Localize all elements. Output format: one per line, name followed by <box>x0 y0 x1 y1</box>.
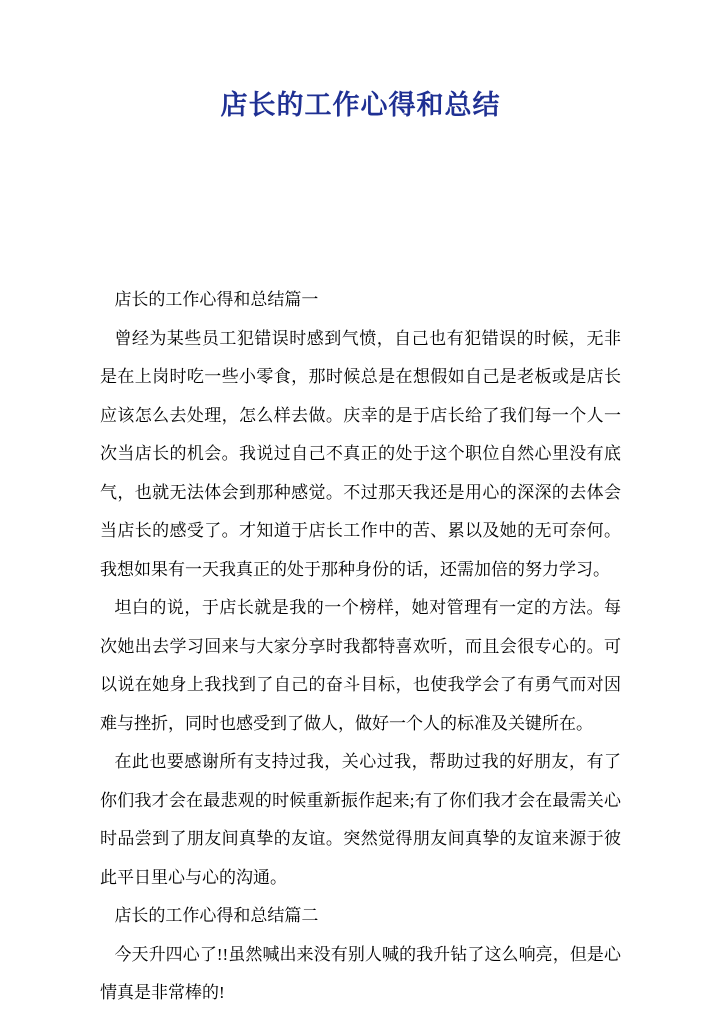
paragraph: 今天升四心了!!虽然喊出来没有别人喊的我升钻了这么响亮，但是心情真是非常棒的! <box>100 936 621 1013</box>
page-title: 店长的工作心得和总结 <box>100 88 621 123</box>
document-body: 店长的工作心得和总结篇一曾经为某些员工犯错误时感到气愤，自己也有犯错误的时候，无… <box>100 281 621 1013</box>
paragraph: 曾经为某些员工犯错误时感到气愤，自己也有犯错误的时候，无非是在上岗时吃一些小零食… <box>100 320 621 590</box>
document-page: 店长的工作心得和总结 店长的工作心得和总结篇一曾经为某些员工犯错误时感到气愤，自… <box>0 0 721 1020</box>
paragraph: 坦白的说，于店长就是我的一个榜样，她对管理有一定的方法。每次她出去学习回来与大家… <box>100 589 621 743</box>
paragraph: 店长的工作心得和总结篇一 <box>100 281 621 320</box>
paragraph: 店长的工作心得和总结篇二 <box>100 897 621 936</box>
paragraph: 在此也要感谢所有支持过我，关心过我，帮助过我的好朋友，有了你们我才会在最悲观的时… <box>100 743 621 897</box>
